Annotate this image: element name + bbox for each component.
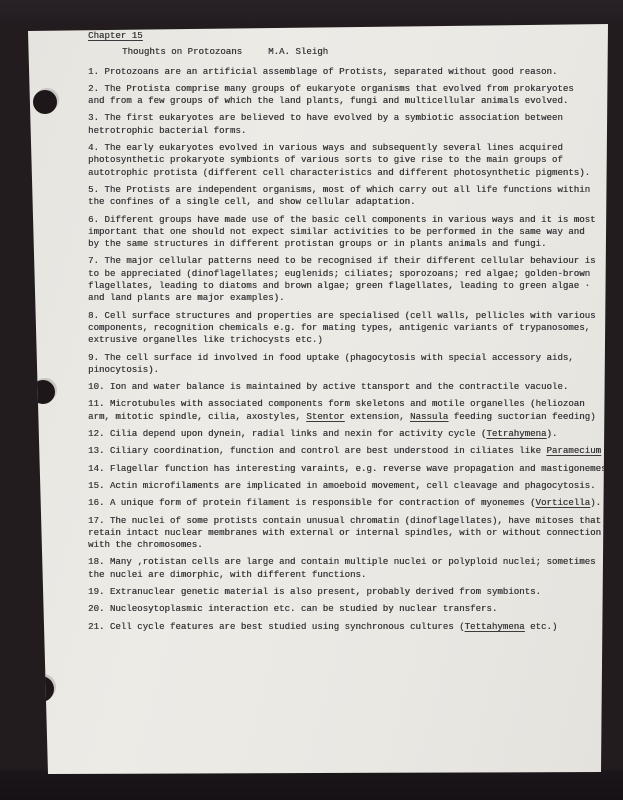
list-item: 9. The cell surface id involved in food …	[88, 352, 608, 377]
item-text: feeding suctorian feeding)	[448, 411, 595, 422]
list-item: 20. Nucleosytoplasmic interaction etc. c…	[88, 603, 608, 615]
list-item: 12. Cilia depend upon dynein, radial lin…	[88, 428, 608, 440]
list-item: 18. Many ‚rotistan cells are large and c…	[88, 556, 608, 581]
item-text: 7. The major cellular patterns need to b…	[88, 255, 596, 303]
item-text: 2. The Protista comprise many groups of …	[88, 83, 574, 106]
punch-hole-middle	[31, 380, 55, 404]
item-text: 12. Cilia depend upon dynein, radial lin…	[88, 428, 486, 439]
list-item: 6. Different groups have made use of the…	[88, 214, 608, 251]
document-title: Thoughts on Protozoans	[122, 46, 242, 58]
list-item: 13. Ciliary coordination, function and c…	[88, 445, 608, 457]
list-item: 14. Flagellar function has interesting v…	[88, 463, 608, 475]
list-item: 2. The Protista comprise many groups of …	[88, 83, 608, 108]
list-item: 4. The early eukaryotes evolved in vario…	[88, 142, 608, 179]
item-text: 6. Different groups have made use of the…	[88, 214, 596, 250]
item-text: etc.)	[525, 621, 558, 632]
title-line: Thoughts on Protozoans M.A. Sleigh	[88, 46, 608, 58]
document-text: Chapter 15 Thoughts on Protozoans M.A. S…	[88, 30, 608, 638]
list-item: 8. Cell surface structures and propertie…	[88, 310, 608, 347]
underlined-term: Nassula	[410, 411, 448, 422]
item-list: 1. Protozoans are an artificial assembla…	[88, 66, 608, 633]
item-text: 4. The early eukaryotes evolved in vario…	[88, 142, 590, 178]
item-text: ).	[590, 497, 601, 508]
underlined-term: Stentor	[306, 411, 344, 422]
item-text: 18. Many ‚rotistan cells are large and c…	[88, 556, 596, 579]
list-item: 3. The first eukaryotes are believed to …	[88, 112, 608, 137]
item-text: 21. Cell cycle features are best studied…	[88, 621, 465, 632]
list-item: 16. A unique form of protein filament is…	[88, 497, 608, 509]
underlined-term: Tettahymena	[465, 621, 525, 632]
item-text: 14. Flagellar function has interesting v…	[88, 463, 606, 474]
item-text: 20. Nucleosytoplasmic interaction etc. c…	[88, 603, 497, 614]
chapter-heading-text: Chapter 15	[88, 30, 143, 41]
item-text: 3. The first eukaryotes are believed to …	[88, 112, 563, 135]
typewritten-page: Chapter 15 Thoughts on Protozoans M.A. S…	[28, 24, 608, 774]
list-item: 7. The major cellular patterns need to b…	[88, 255, 608, 304]
item-text: 19. Extranuclear genetic material is als…	[88, 586, 541, 597]
list-item: 15. Actin microfilaments are implicated …	[88, 480, 608, 492]
item-text: extension,	[345, 411, 411, 422]
list-item: 17. The nuclei of some protists contain …	[88, 515, 608, 552]
list-item: 11. Microtubules with associated compone…	[88, 398, 608, 423]
item-text: ).	[546, 428, 557, 439]
item-text: 5. The Protists are independent organism…	[88, 184, 590, 207]
list-item: 21. Cell cycle features are best studied…	[88, 621, 608, 633]
item-text: 15. Actin microfilaments are implicated …	[88, 480, 596, 491]
item-text: 1. Protozoans are an artificial assembla…	[88, 66, 557, 77]
item-text: 10. Ion and water balance is maintained …	[88, 381, 568, 392]
list-item: 5. The Protists are independent organism…	[88, 184, 608, 209]
underlined-term: Paramecium	[546, 445, 601, 456]
item-text: 8. Cell surface structures and propertie…	[88, 310, 596, 346]
list-item: 19. Extranuclear genetic material is als…	[88, 586, 608, 598]
punch-hole-top	[33, 90, 57, 114]
item-text: 13. Ciliary coordination, function and c…	[88, 445, 546, 456]
list-item: 10. Ion and water balance is maintained …	[88, 381, 608, 393]
chapter-heading: Chapter 15	[88, 30, 608, 42]
item-text: 16. A unique form of protein filament is…	[88, 497, 536, 508]
underlined-term: Tetrahymena	[486, 428, 546, 439]
document-author: M.A. Sleigh	[268, 46, 328, 58]
punch-hole-bottom	[28, 676, 54, 702]
underlined-term: Vorticella	[536, 497, 591, 508]
item-text: 9. The cell surface id involved in food …	[88, 352, 574, 375]
list-item: 1. Protozoans are an artificial assembla…	[88, 66, 608, 78]
item-text: 17. The nuclei of some protists contain …	[88, 515, 601, 551]
